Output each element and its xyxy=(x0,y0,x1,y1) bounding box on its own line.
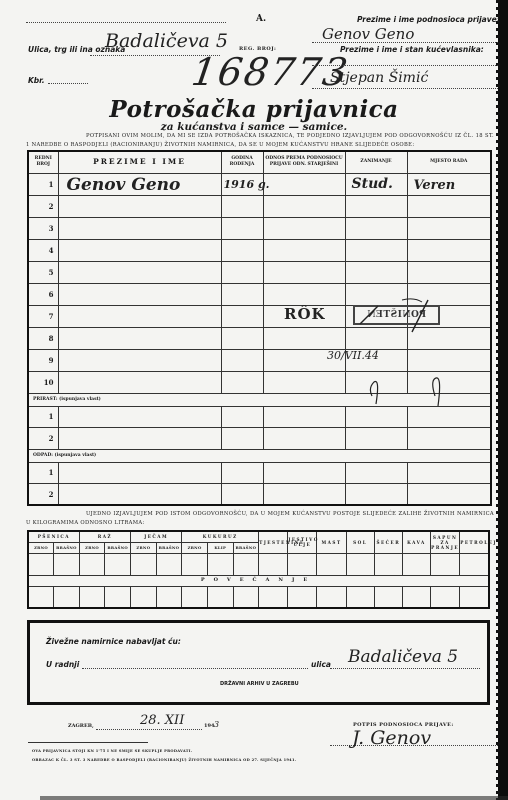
increase-cell[interactable] xyxy=(182,586,208,608)
stock-cell[interactable] xyxy=(431,553,460,575)
row-occupation[interactable] xyxy=(345,484,407,506)
landlord-label: Prezime i ime i stan kućevlasnika: xyxy=(340,45,484,54)
row-no: 2 xyxy=(28,195,58,217)
row-year[interactable] xyxy=(221,327,263,349)
row-year[interactable] xyxy=(221,195,263,217)
odpad-label: ODPAD: (ispunjava vlast) xyxy=(28,449,491,462)
house-no-label: Kbr. xyxy=(28,76,45,85)
date-line xyxy=(96,729,202,730)
row-relation[interactable] xyxy=(263,484,345,506)
food-stock-table: PŠENICA RAŽ JEČAM KUKURUZ TJESTENINE JES… xyxy=(27,530,490,609)
row-name[interactable] xyxy=(58,371,221,393)
increase-cell[interactable] xyxy=(346,586,374,608)
row-no: 5 xyxy=(28,261,58,283)
workplace-handwritten: Veren xyxy=(414,178,456,193)
row-year[interactable] xyxy=(221,428,263,450)
food-increase-row xyxy=(28,586,489,608)
increase-cell[interactable] xyxy=(317,586,346,608)
sub-psenica-brasno: BRAŠNO xyxy=(54,542,80,553)
city-label: ZAGREB, xyxy=(68,723,94,729)
sub-jecam-zrno: ZRNO xyxy=(131,542,157,553)
name-handwritten: Genov Geno xyxy=(67,175,181,195)
row-no: 2 xyxy=(28,484,58,506)
increase-cell[interactable] xyxy=(460,586,489,608)
row-relation[interactable] xyxy=(263,239,345,261)
increase-cell[interactable] xyxy=(207,586,233,608)
stock-cell[interactable] xyxy=(156,553,182,575)
row-workplace[interactable] xyxy=(407,217,491,239)
stock-cell[interactable] xyxy=(317,553,346,575)
row-occupation[interactable] xyxy=(345,428,407,450)
header-birth-year: GODINA RODENJA xyxy=(221,151,263,173)
stock-cell[interactable] xyxy=(207,553,233,575)
increase-label: POVEĆANJE xyxy=(28,575,489,586)
stock-cell[interactable] xyxy=(28,553,54,575)
row-relation[interactable] xyxy=(263,261,345,283)
row-no: 3 xyxy=(28,217,58,239)
applicant-name-handwritten[interactable]: Genov Geno xyxy=(322,25,414,43)
row-occupation[interactable] xyxy=(345,239,407,261)
sub-kukuruz-klip: KLIP xyxy=(207,542,233,553)
stock-cell[interactable] xyxy=(131,553,157,575)
row-year[interactable] xyxy=(221,371,263,393)
footnote-rule xyxy=(28,742,148,743)
intro-paragraph: POTPISANI OVIM MOLIM, DA MI SE IZDA POTR… xyxy=(26,132,494,150)
col-secer: ŠEĆER xyxy=(374,531,402,553)
increase-cell[interactable] xyxy=(431,586,460,608)
header-relation: ODNOS PREMA PODNOSIOCU PRIJAVE ODN. STAR… xyxy=(263,151,345,173)
row-relation[interactable] xyxy=(263,217,345,239)
landlord-line-2 xyxy=(312,88,498,89)
food-stock-row xyxy=(28,553,489,575)
signature-handwritten[interactable]: J. Genov xyxy=(352,727,431,749)
sub-jecam-brasno: BRAŠNO xyxy=(156,542,182,553)
stock-cell[interactable] xyxy=(79,553,105,575)
persons-table-header: REDNI BROJ PREZIME I IME GODINA RODENJA … xyxy=(28,151,491,173)
footnote-regulation: OBRAZAC K ČL. 3 ST. 3 NAREDBE O RASPODJE… xyxy=(32,758,296,762)
scan-edge-bottom xyxy=(40,796,508,800)
col-jestivo-ulje: JESTIVO ULJE xyxy=(288,531,317,553)
row-relation[interactable] xyxy=(263,406,345,428)
group-kukuruz: KUKURUZ xyxy=(182,531,259,542)
table-row: 2 xyxy=(28,484,491,506)
footnote-price: OVA PRIJAVNICA STOJI KN 1'75 I NE SMIJE … xyxy=(32,749,192,753)
row-workplace[interactable] xyxy=(407,261,491,283)
archive-stamp: DRŽAVNI ARHIV U ZAGREBU xyxy=(220,681,299,687)
sub-raz-brasno: BRAŠNO xyxy=(105,542,131,553)
row-relation[interactable] xyxy=(263,195,345,217)
row-workplace[interactable]: Veren xyxy=(407,173,491,195)
row-year[interactable] xyxy=(221,305,263,327)
header-workplace: MJESTO RADA xyxy=(407,151,491,173)
col-sol: SOL xyxy=(346,531,374,553)
increase-cell[interactable] xyxy=(402,586,430,608)
food-header-groups: PŠENICA RAŽ JEČAM KUKURUZ TJESTENINE JES… xyxy=(28,531,489,542)
col-kava: KAVA xyxy=(402,531,430,553)
row-workplace[interactable] xyxy=(407,484,491,506)
row-workplace[interactable] xyxy=(407,195,491,217)
supply-street-label: ulica xyxy=(311,660,331,669)
increase-cell[interactable] xyxy=(131,586,157,608)
increase-cell[interactable] xyxy=(105,586,131,608)
row-no: 1 xyxy=(28,462,58,484)
row-name[interactable] xyxy=(58,305,221,327)
row-year[interactable] xyxy=(221,484,263,506)
increase-cell[interactable] xyxy=(156,586,182,608)
year-suffix-handwritten: 3 xyxy=(214,720,219,729)
increase-cell[interactable] xyxy=(374,586,402,608)
row-year[interactable] xyxy=(221,406,263,428)
row-name[interactable] xyxy=(58,283,221,305)
row-year[interactable] xyxy=(221,349,263,371)
row-no: 10 xyxy=(28,371,58,393)
form-letter: A. xyxy=(256,14,266,24)
table-row: 4 xyxy=(28,239,491,261)
row-year[interactable]: 1916 g. xyxy=(221,173,263,195)
table-row: 2 xyxy=(28,428,491,450)
stock-cell[interactable] xyxy=(374,553,402,575)
supply-title: Živežne namirnice nabavljat ću: xyxy=(46,637,181,646)
increase-cell[interactable] xyxy=(259,586,288,608)
supply-box: Živežne namirnice nabavljat ću: U radnji… xyxy=(27,620,490,705)
row-relation[interactable] xyxy=(263,462,345,484)
header-no: REDNI BROJ xyxy=(28,151,58,173)
col-petrolej: PETROLEJ xyxy=(460,531,489,553)
applicant-line xyxy=(312,42,498,43)
row-occupation[interactable] xyxy=(345,217,407,239)
increase-row-label: POVEĆANJE xyxy=(28,575,489,586)
row-no: 4 xyxy=(28,239,58,261)
stamp-date-handwritten: 30/VII.44 xyxy=(327,349,379,362)
table-row: 5 xyxy=(28,261,491,283)
row-occupation[interactable] xyxy=(345,261,407,283)
row-year[interactable] xyxy=(221,239,263,261)
top-dotted-line xyxy=(26,22,226,23)
stock-cell[interactable] xyxy=(288,553,317,575)
row-no: 8 xyxy=(28,327,58,349)
stock-cell[interactable] xyxy=(460,553,489,575)
row-year[interactable] xyxy=(221,217,263,239)
stock-cell[interactable] xyxy=(182,553,208,575)
sub-raz-zrno: ZRNO xyxy=(79,542,105,553)
header-name: PREZIME I IME xyxy=(58,151,221,173)
row-workplace[interactable] xyxy=(407,428,491,450)
shop-label: U radnji xyxy=(46,660,79,669)
landlord-line-1 xyxy=(312,65,498,66)
group-jecam: JEČAM xyxy=(131,531,182,542)
shop-line[interactable] xyxy=(82,668,308,669)
table-row: 3 xyxy=(28,217,491,239)
increase-cell[interactable] xyxy=(233,586,259,608)
row-name[interactable] xyxy=(58,239,221,261)
row-name[interactable] xyxy=(58,349,221,371)
applicant-label: Prezime i ime podnosioca prijave: xyxy=(357,15,500,24)
row-name[interactable] xyxy=(58,195,221,217)
row-year[interactable] xyxy=(221,283,263,305)
street-value-handwritten[interactable]: Badaličeva 5 xyxy=(105,30,228,52)
table-row: 2 xyxy=(28,195,491,217)
row-year[interactable] xyxy=(221,462,263,484)
row-occupation[interactable] xyxy=(345,195,407,217)
group-raz: RAŽ xyxy=(79,531,130,542)
row-name[interactable] xyxy=(58,261,221,283)
row-no: 2 xyxy=(28,428,58,450)
row-workplace[interactable] xyxy=(407,462,491,484)
row-no: 1 xyxy=(28,173,58,195)
row-relation[interactable] xyxy=(263,371,345,393)
row-no: 7 xyxy=(28,305,58,327)
row-occupation[interactable]: Stud. xyxy=(345,173,407,195)
supply-street-handwritten[interactable]: Badaličeva 5 xyxy=(348,647,458,667)
row-year[interactable] xyxy=(221,261,263,283)
row-name[interactable] xyxy=(58,217,221,239)
date-handwritten[interactable]: 28. XII xyxy=(140,713,184,728)
stock-cell[interactable] xyxy=(259,553,288,575)
row-relation[interactable] xyxy=(263,327,345,349)
landlord-name-handwritten[interactable]: Stjepan Šimić xyxy=(330,70,428,86)
row-no: 1 xyxy=(28,406,58,428)
col-tjestenine: TJESTENINE xyxy=(259,531,288,553)
row-name[interactable] xyxy=(58,462,221,484)
header-occupation: ZANIMANJE xyxy=(345,151,407,173)
occupation-handwritten: Stud. xyxy=(352,176,393,192)
row-no: 9 xyxy=(28,349,58,371)
year-prefix: 194 xyxy=(204,723,214,729)
stock-text-2: KILOGRAMIMA ODNOSNO LITRAMA: xyxy=(33,520,145,526)
table-row: 1 Genov Geno 1916 g. Stud. Veren xyxy=(28,173,491,195)
stock-cell[interactable] xyxy=(402,553,430,575)
year-handwritten: 1916 g. xyxy=(224,178,270,191)
row-occupation[interactable] xyxy=(345,462,407,484)
row-relation[interactable] xyxy=(263,283,345,305)
increase-cell[interactable] xyxy=(79,586,105,608)
intro-text-2: NAREDBE O RASPODJELI (RACIONIRANJU) ŽIVO… xyxy=(32,142,415,148)
row-name[interactable]: Genov Geno xyxy=(58,173,221,195)
row-name[interactable] xyxy=(58,406,221,428)
col-sapun: SAPUN ZA PRANJE xyxy=(431,531,460,553)
row-relation[interactable] xyxy=(263,173,345,195)
row-name[interactable] xyxy=(58,484,221,506)
document-title: Potrošačka prijavnica xyxy=(0,96,508,123)
stock-cell[interactable] xyxy=(346,553,374,575)
supply-street-line xyxy=(330,668,480,669)
increase-cell[interactable] xyxy=(54,586,80,608)
odpad-section: ODPAD: (ispunjava vlast) xyxy=(28,449,491,462)
group-psenica: PŠENICA xyxy=(28,531,79,542)
row-relation[interactable] xyxy=(263,428,345,450)
sub-psenica-zrno: ZRNO xyxy=(28,542,54,553)
stock-paragraph: UJEDNO IZJAVLJUJEM POD ISTOM ODGOVORNOŠĆ… xyxy=(26,510,494,528)
row-name[interactable] xyxy=(58,327,221,349)
col-mast: MAST xyxy=(317,531,346,553)
row-no: 6 xyxy=(28,283,58,305)
stock-cell[interactable] xyxy=(233,553,259,575)
row-workplace[interactable] xyxy=(407,239,491,261)
increase-cell[interactable] xyxy=(28,586,54,608)
stock-cell[interactable] xyxy=(54,553,80,575)
house-no-line xyxy=(48,83,88,84)
rok-stamp: RÔK xyxy=(284,305,326,323)
stock-cell[interactable] xyxy=(105,553,131,575)
increase-cell[interactable] xyxy=(288,586,317,608)
row-name[interactable] xyxy=(58,428,221,450)
sub-kukuruz-zrno: ZRNO xyxy=(182,542,208,553)
table-row: 1 xyxy=(28,462,491,484)
sub-kukuruz-brasno: BRAŠNO xyxy=(233,542,259,553)
